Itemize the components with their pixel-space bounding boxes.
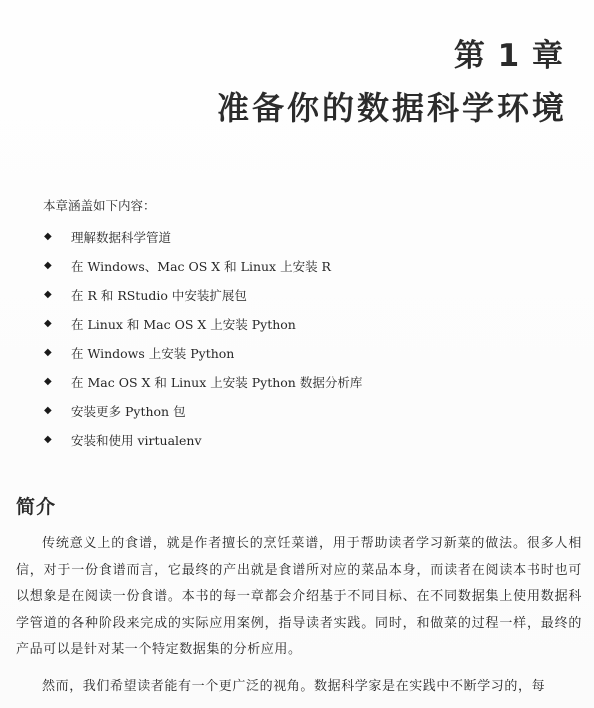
chapter-number: 第 1 章 [454, 30, 564, 75]
topic-text: 理解数据科学管道 [71, 228, 171, 246]
topic-item: ◆ 在 Windows 上安装 Python [44, 338, 362, 367]
topic-text: 在 Linux 和 Mac OS X 上安装 Python [71, 315, 296, 333]
topic-item: ◆ 安装和使用 virtualenv [44, 425, 362, 454]
diamond-bullet-icon: ◆ [44, 348, 53, 358]
topic-text: 在 R 和 RStudio 中安装扩展包 [71, 286, 247, 304]
diamond-bullet-icon: ◆ [44, 290, 53, 300]
chapter-topics-list: ◆ 理解数据科学管道 ◆ 在 Windows、Mac OS X 和 Linux … [44, 222, 362, 454]
diamond-bullet-icon: ◆ [44, 319, 53, 329]
topic-item: ◆ 在 Windows、Mac OS X 和 Linux 上安装 R [44, 251, 362, 280]
topic-item: ◆ 理解数据科学管道 [44, 222, 362, 251]
topic-text: 在 Mac OS X 和 Linux 上安装 Python 数据分析库 [71, 373, 362, 391]
topic-text: 在 Windows 上安装 Python [71, 344, 234, 362]
diamond-bullet-icon: ◆ [44, 435, 53, 445]
topic-item: ◆ 在 Linux 和 Mac OS X 上安装 Python [44, 309, 362, 338]
body-paragraph: 然而，我们希望读者能有一个更广泛的视角。数据科学家是在实践中不断学习的，每 [16, 674, 582, 701]
diamond-bullet-icon: ◆ [44, 232, 53, 242]
topic-text: 安装和使用 virtualenv [71, 431, 202, 449]
section-heading: 简介 [16, 492, 56, 519]
diamond-bullet-icon: ◆ [44, 261, 53, 271]
topic-text: 在 Windows、Mac OS X 和 Linux 上安装 R [71, 257, 331, 275]
topic-item: ◆ 在 Mac OS X 和 Linux 上安装 Python 数据分析库 [44, 367, 362, 396]
body-paragraph: 传统意义上的食谱，就是作者擅长的烹饪菜谱，用于帮助读者学习新菜的做法。很多人相信… [16, 531, 582, 664]
topic-item: ◆ 在 R 和 RStudio 中安装扩展包 [44, 280, 362, 309]
document-page: 第 1 章 准备你的数据科学环境 本章涵盖如下内容： ◆ 理解数据科学管道 ◆ … [0, 0, 594, 708]
topic-text: 安装更多 Python 包 [71, 402, 186, 420]
topic-item: ◆ 安装更多 Python 包 [44, 396, 362, 425]
diamond-bullet-icon: ◆ [44, 406, 53, 416]
chapter-title: 准备你的数据科学环境 [217, 83, 567, 129]
diamond-bullet-icon: ◆ [44, 377, 53, 387]
chapter-overview-label: 本章涵盖如下内容： [43, 196, 156, 214]
